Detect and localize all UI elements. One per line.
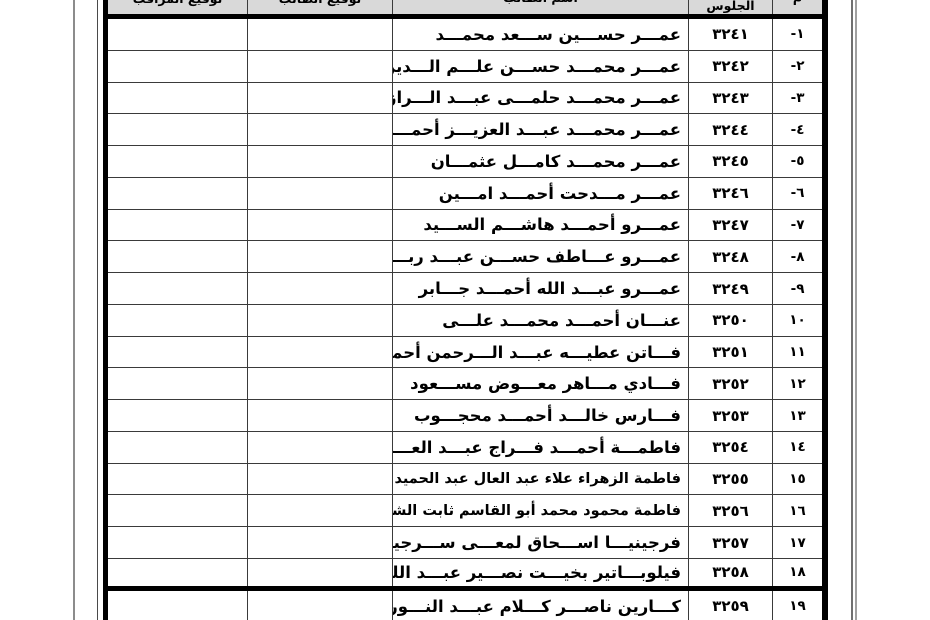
serial-cell: ١٩	[772, 591, 822, 620]
serial-cell: ٨-	[772, 241, 822, 272]
signature-a-cell	[247, 591, 392, 620]
student-name-cell: عمـــرو عبـــد الله أحمـــد جـــابر	[392, 273, 688, 304]
serial-cell: ١٧	[772, 527, 822, 558]
student-name-cell: عمـــرو أحمـــد هاشـــم الســـيد	[392, 210, 688, 241]
seat-number-cell: ٣٢٤٩	[688, 273, 772, 304]
student-name-cell: عمـــر مـــدحت أحمـــد امـــين	[392, 178, 688, 209]
serial-cell: ١٥	[772, 464, 822, 495]
student-name-cell: عمـــر محمـــد كامـــل عثمـــان	[392, 146, 688, 177]
student-name-cell: عمـــر محمـــد حســـن علـــم الـــدين	[392, 51, 688, 82]
signature-a-cell	[247, 114, 392, 145]
signature-a-cell	[247, 241, 392, 272]
signature-b-cell	[108, 178, 247, 209]
table-row: ١٦٣٢٥٦فاطمة محمود محمد أبو القاسم ثابت ا…	[108, 495, 822, 527]
signature-b-cell	[108, 432, 247, 463]
serial-cell: ١-	[772, 19, 822, 50]
student-name-cell: عمـــر محمـــد حلمـــى عبـــد الـــرازق	[392, 83, 688, 114]
table-row: ٥-٣٢٤٥عمـــر محمـــد كامـــل عثمـــان	[108, 146, 822, 178]
student-name-cell: فـــادي مـــاهر معـــوض مســـعود	[392, 368, 688, 399]
table-row: ١-٣٢٤١عمـــر حســـين ســـعد محمـــد	[108, 19, 822, 51]
signature-b-cell	[108, 400, 247, 431]
signature-a-cell	[247, 464, 392, 495]
student-name-cell: فاطمة محمود محمد أبو القاسم ثابت الشريف	[392, 495, 688, 526]
serial-cell: ١١	[772, 337, 822, 368]
scanned-document-page: { "colors": { "page_background": "#fffff…	[0, 0, 930, 620]
seat-number-cell: ٣٢٤٧	[688, 210, 772, 241]
seat-number-cell: ٣٢٥٩	[688, 591, 772, 620]
serial-cell: ١٤	[772, 432, 822, 463]
seat-number-cell: ٣٢٤١	[688, 19, 772, 50]
table-row: ١١٣٢٥١فـــاتن عطيـــه عبـــد الـــرحمن أ…	[108, 337, 822, 369]
serial-cell: ٤-	[772, 114, 822, 145]
signature-b-cell	[108, 146, 247, 177]
serial-cell: ١٠	[772, 305, 822, 336]
signature-b-cell	[108, 337, 247, 368]
header-serial: م	[772, 0, 822, 14]
student-name-cell: عمـــرو عـــاطف حســـن عبـــد ربـــه	[392, 241, 688, 272]
signature-a-cell	[247, 51, 392, 82]
student-name-cell: عنـــان أحمـــد محمـــد علـــى	[392, 305, 688, 336]
signature-b-cell	[108, 241, 247, 272]
seat-number-cell: ٣٢٥٧	[688, 527, 772, 558]
signature-a-cell	[247, 273, 392, 304]
signature-b-cell	[108, 51, 247, 82]
table-row: ٢-٣٢٤٢عمـــر محمـــد حســـن علـــم الـــ…	[108, 51, 822, 83]
serial-cell: ١٨	[772, 559, 822, 586]
student-name-cell: فـــاتن عطيـــه عبـــد الـــرحمن أحمـــد	[392, 337, 688, 368]
seat-number-cell: ٣٢٥٤	[688, 432, 772, 463]
seating-list-table: م الجلوس اسم الطالب توقيع الطالب توقيع ا…	[97, 0, 828, 620]
header-signature-b: توقيع المراقب	[108, 0, 247, 14]
serial-cell: ٧-	[772, 210, 822, 241]
signature-a-cell	[247, 146, 392, 177]
header-seat-number: الجلوس	[688, 0, 772, 14]
signature-a-cell	[247, 83, 392, 114]
page-frame-line-right-outer	[851, 0, 853, 620]
serial-cell: ١٣	[772, 400, 822, 431]
seat-number-cell: ٣٢٤٣	[688, 83, 772, 114]
signature-a-cell	[247, 305, 392, 336]
serial-cell: ٢-	[772, 51, 822, 82]
serial-cell: ١٢	[772, 368, 822, 399]
seat-number-cell: ٣٢٥٣	[688, 400, 772, 431]
header-signature-a: توقيع الطالب	[247, 0, 392, 14]
seat-number-cell: ٣٢٥٢	[688, 368, 772, 399]
seat-number-cell: ٣٢٤٢	[688, 51, 772, 82]
signature-a-cell	[247, 432, 392, 463]
header-student-name: اسم الطالب	[392, 0, 688, 14]
signature-b-cell	[108, 527, 247, 558]
student-name-cell: فيلوبـــاتير بخيـــت نصـــير عبـــد الله	[392, 559, 688, 586]
seat-number-cell: ٣٢٥١	[688, 337, 772, 368]
table-header-row: م الجلوس اسم الطالب توقيع الطالب توقيع ا…	[108, 0, 822, 19]
student-name-cell: عمـــر حســـين ســـعد محمـــد	[392, 19, 688, 50]
table-row: ٨-٣٢٤٨عمـــرو عـــاطف حســـن عبـــد ربــ…	[108, 241, 822, 273]
page-frame-line-right-inner	[855, 0, 857, 620]
student-name-cell: عمـــر محمـــد عبـــد العزيـــز أحمـــد	[392, 114, 688, 145]
signature-b-cell	[108, 464, 247, 495]
table-row: ٣-٣٢٤٣عمـــر محمـــد حلمـــى عبـــد الــ…	[108, 83, 822, 115]
signature-a-cell	[247, 368, 392, 399]
signature-b-cell	[108, 210, 247, 241]
seat-number-cell: ٣٢٤٦	[688, 178, 772, 209]
seat-number-cell: ٣٢٥٦	[688, 495, 772, 526]
table-row: ١٥٣٢٥٥فاطمة الزهراء علاء عبد العال عبد ا…	[108, 464, 822, 496]
signature-a-cell	[247, 19, 392, 50]
seat-number-cell: ٣٢٤٤	[688, 114, 772, 145]
table-row: ٦-٣٢٤٦عمـــر مـــدحت أحمـــد امـــين	[108, 178, 822, 210]
seat-number-cell: ٣٢٥٥	[688, 464, 772, 495]
table-row: ١٩٣٢٥٩كـــارين ناصـــر كـــلام عبـــد ال…	[108, 591, 822, 620]
table-row: ٧-٣٢٤٧عمـــرو أحمـــد هاشـــم الســـيد	[108, 210, 822, 242]
signature-b-cell	[108, 559, 247, 586]
seat-number-cell: ٣٢٤٥	[688, 146, 772, 177]
table-row: ١٣٣٢٥٣فـــارس خالـــد أحمـــد محجـــوب	[108, 400, 822, 432]
table-row: ١٤٣٢٥٤فاطمـــة أحمـــد فـــراج عبـــد ال…	[108, 432, 822, 464]
serial-cell: ٥-	[772, 146, 822, 177]
signature-a-cell	[247, 178, 392, 209]
table-row: ٤-٣٢٤٤عمـــر محمـــد عبـــد العزيـــز أح…	[108, 114, 822, 146]
serial-cell: ١٦	[772, 495, 822, 526]
student-name-cell: فاطمة الزهراء علاء عبد العال عبد الحميد	[392, 464, 688, 495]
table-row: ٩-٣٢٤٩عمـــرو عبـــد الله أحمـــد جـــاب…	[108, 273, 822, 305]
table-row: ١٨٣٢٥٨فيلوبـــاتير بخيـــت نصـــير عبـــ…	[108, 559, 822, 591]
serial-cell: ٩-	[772, 273, 822, 304]
signature-a-cell	[247, 559, 392, 586]
signature-a-cell	[247, 527, 392, 558]
student-name-cell: فرجينيـــا اســـحاق لمعـــى ســـرجيوس	[392, 527, 688, 558]
signature-a-cell	[247, 400, 392, 431]
page-frame-line-left	[73, 0, 75, 620]
signature-b-cell	[108, 273, 247, 304]
table-body: ١-٣٢٤١عمـــر حســـين ســـعد محمـــد٢-٣٢٤…	[108, 19, 822, 620]
table-row: ١٢٣٢٥٢فـــادي مـــاهر معـــوض مســـعود	[108, 368, 822, 400]
signature-b-cell	[108, 114, 247, 145]
table-row: ١٧٣٢٥٧فرجينيـــا اســـحاق لمعـــى ســـرج…	[108, 527, 822, 559]
signature-a-cell	[247, 337, 392, 368]
student-name-cell: فـــارس خالـــد أحمـــد محجـــوب	[392, 400, 688, 431]
signature-b-cell	[108, 368, 247, 399]
serial-cell: ٣-	[772, 83, 822, 114]
table-row: ١٠٣٢٥٠عنـــان أحمـــد محمـــد علـــى	[108, 305, 822, 337]
seat-number-cell: ٣٢٥٨	[688, 559, 772, 586]
student-name-cell: كـــارين ناصـــر كـــلام عبـــد النـــور	[392, 591, 688, 620]
student-name-cell: فاطمـــة أحمـــد فـــراج عبـــد العـــال	[392, 432, 688, 463]
signature-a-cell	[247, 210, 392, 241]
seat-number-cell: ٣٢٥٠	[688, 305, 772, 336]
signature-b-cell	[108, 591, 247, 620]
signature-b-cell	[108, 19, 247, 50]
seat-number-cell: ٣٢٤٨	[688, 241, 772, 272]
signature-b-cell	[108, 495, 247, 526]
signature-a-cell	[247, 495, 392, 526]
serial-cell: ٦-	[772, 178, 822, 209]
signature-b-cell	[108, 83, 247, 114]
signature-b-cell	[108, 305, 247, 336]
